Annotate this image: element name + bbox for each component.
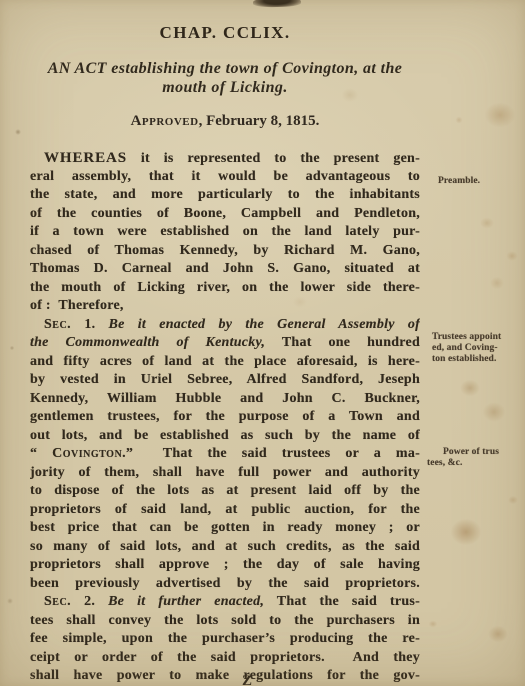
text-line: gentlemen trustees, for the purpose of a… — [30, 408, 420, 427]
approved-label: Approved — [131, 113, 199, 129]
text-segment: gentlemen trustees, for the purpose of a… — [30, 409, 420, 424]
text-line: the mouth of Licking river, on the lower… — [30, 279, 420, 298]
text-line: by vested in Uriel Sebree, Alfred Sandfo… — [30, 371, 420, 390]
text-line: proprietors of said land, at public auct… — [30, 501, 420, 520]
body-text: WHEREAS it is represented to the present… — [30, 149, 420, 686]
text-line: and fifty acres of land at the place afo… — [30, 353, 420, 372]
margin-note-line: Preamble. — [438, 176, 525, 187]
text-segment: the mouth of Licking river, on the lower… — [30, 280, 420, 295]
text-segment: .” That the said trustees or a ma- — [122, 446, 420, 461]
margin-note-line: ed, and Coving- — [432, 343, 525, 354]
text-segment: Be it further enacted, — [108, 594, 264, 609]
text-segment: That the said trus- — [264, 594, 420, 609]
text-line: Sec. 1. Be it enacted by the General Ass… — [30, 316, 420, 335]
text-segment: and fifty acres of land at the place afo… — [30, 354, 420, 369]
margin-note-trustees: Trustees appointed, and Coving-ton estab… — [432, 332, 525, 365]
text-segment: jority of them, shall have full power an… — [30, 465, 420, 480]
act-title-line: AN ACT establishing the town of Covingto… — [25, 59, 425, 78]
text-segment: to dispose of the lots as at present lai… — [30, 483, 420, 498]
cropped-header-mark — [253, 0, 301, 7]
text-segment: Thomas D. Carneal and John S. Gano, situ… — [30, 261, 420, 276]
text-segment: the state, and more particularly to the … — [30, 187, 420, 202]
text-line: best price that can be gotten in ready m… — [30, 519, 420, 538]
text-line: Thomas D. Carneal and John S. Gano, situ… — [30, 260, 420, 279]
text-line: jority of them, shall have full power an… — [30, 464, 420, 483]
text-segment: 1. — [71, 317, 108, 332]
text-line: to dispose of the lots as at present lai… — [30, 482, 420, 501]
text-line: shall have power to make regulations for… — [30, 667, 420, 686]
text-line: of : Therefore, — [30, 297, 420, 316]
text-line: ceipt or order of the said proprietors. … — [30, 649, 420, 668]
text-line: eral assembly, that it would be advantag… — [30, 168, 420, 187]
text-segment: Kennedy, William Hubble and John C. Buck… — [30, 391, 420, 406]
text-line: the state, and more particularly to the … — [30, 186, 420, 205]
text-segment: by vested in Uriel Sebree, Alfred Sandfo… — [30, 372, 420, 387]
text-segment: Sec. — [44, 317, 71, 332]
approved-line: Approved, February 8, 1815. — [30, 113, 420, 130]
text-line: WHEREAS it is represented to the present… — [30, 149, 420, 168]
margin-note-preamble: Preamble. — [438, 176, 525, 187]
text-segment: That one hundred — [265, 335, 420, 350]
text-segment: best price that can be gotten in ready m… — [30, 520, 420, 535]
paragraph-section-2: Sec. 2. Be it further enacted, That the … — [30, 593, 420, 686]
text-segment: WHEREAS — [44, 150, 127, 166]
text-line: chased of Thomas Kennedy, by Richard M. … — [30, 242, 420, 261]
margin-note-line: Power of trus — [427, 447, 521, 458]
scanned-statute-page: CHAP. CCLIX. AN ACT establishing the tow… — [0, 0, 525, 686]
text-segment: the Commonwealth of Kentucky, — [30, 335, 265, 350]
text-segment: eral assembly, that it would be advantag… — [30, 169, 420, 184]
text-line: Kennedy, William Hubble and John C. Buck… — [30, 390, 420, 409]
margin-note-power: Power of trustees, &c. — [427, 447, 521, 469]
text-segment: proprietors shall approve ; the day of s… — [30, 557, 420, 572]
text-segment: tees shall convey the lots sold to the p… — [30, 613, 420, 628]
margin-note-line: Trustees appoint — [432, 332, 525, 343]
text-segment: out lots, and be established as such by … — [30, 428, 420, 443]
chapter-heading: CHAP. CCLIX. — [30, 23, 420, 43]
text-line: so many of said lots, and at such credit… — [30, 538, 420, 557]
paragraph-section-1: Sec. 1. Be it enacted by the General Ass… — [30, 316, 420, 594]
text-line: the Commonwealth of Kentucky, That one h… — [30, 334, 420, 353]
text-segment: “ — [30, 446, 52, 461]
text-line: out lots, and be established as such by … — [30, 427, 420, 446]
text-line: tees shall convey the lots sold to the p… — [30, 612, 420, 631]
act-title: AN ACT establishing the town of Covingto… — [25, 59, 425, 97]
text-segment: been previously advertised by the said p… — [30, 576, 420, 591]
margin-note-line: ton established. — [432, 354, 525, 365]
approved-date: , February 8, 1815. — [199, 113, 320, 129]
text-segment: if a town were established on the land l… — [30, 224, 420, 239]
paragraph-preamble: WHEREAS it is represented to the present… — [30, 149, 420, 316]
text-line: if a town were established on the land l… — [30, 223, 420, 242]
text-line: “ Covington.” That the said trustees or … — [30, 445, 420, 464]
catchword-signature-mark: Z — [242, 673, 252, 686]
text-segment: Sec. — [44, 594, 71, 609]
text-segment: chased of Thomas Kennedy, by Richard M. … — [30, 243, 420, 258]
text-line: Sec. 2. Be it further enacted, That the … — [30, 593, 420, 612]
text-segment: 2. — [71, 594, 108, 609]
act-title-line: mouth of Licking. — [25, 78, 425, 97]
text-segment: shall have power to make regulations for… — [30, 668, 420, 683]
text-line: of the counties of Boone, Campbell and P… — [30, 205, 420, 224]
text-segment: so many of said lots, and at such credit… — [30, 539, 420, 554]
text-line: fee simple, upon the purchaser’s produci… — [30, 630, 420, 649]
text-segment: of the counties of Boone, Campbell and P… — [30, 206, 420, 221]
text-segment: Be it enacted by the General Assembly of — [109, 317, 420, 332]
text-line: been previously advertised by the said p… — [30, 575, 420, 594]
text-segment: Covington — [52, 446, 122, 461]
text-segment: of : Therefore, — [30, 298, 124, 313]
text-line: proprietors shall approve ; the day of s… — [30, 556, 420, 575]
text-segment: fee simple, upon the purchaser’s produci… — [30, 631, 420, 646]
text-segment: proprietors of said land, at public auct… — [30, 502, 420, 517]
text-segment: it is represented to the present gen- — [127, 151, 420, 166]
text-segment: ceipt or order of the said proprietors. … — [30, 650, 420, 665]
margin-note-line: tees, &c. — [427, 458, 521, 469]
